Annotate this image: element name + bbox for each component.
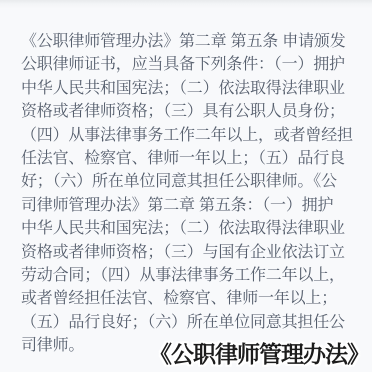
text-line: 好；（六）所在单位同意其担任公职律师。《公 [21,170,359,193]
text-line: 资格或者律师资格；（三）与国有企业依法订立 [21,241,359,264]
text-line: 资格或者律师资格；（三）具有公职人员身份； [21,100,359,123]
text-line: 中华人民共和国宪法；（二）依法取得法律职业 [21,77,359,100]
text-line: 或者曾经担任法官、检察官、律师一年以上； [21,287,359,310]
text-line: 中华人民共和国宪法；（二）依法取得法律职业 [21,217,359,240]
text-line: （四）从事法律事务工作二年以上，或者曾经担 [21,124,359,147]
video-caption-title: 《公职律师管理办法》 [149,336,369,369]
text-line: 公职律师证书，应当具备下列条件：（一）拥护 [21,53,359,76]
text-line: 劳动合同；（四）从事法律事务工作二年以上， [21,264,359,287]
top-edge-fade [0,0,372,9]
article-text: 《公职律师管理办法》第二章 第五条 申请颁发 公职律师证书，应当具备下列条件：（… [21,30,359,357]
text-line: 司律师管理办法》第二章 第五条：（一）拥护 [21,194,359,217]
text-line: 《公职律师管理办法》第二章 第五条 申请颁发 [21,30,359,53]
text-line: 任法官、检察官、律师一年以上；（五）品行良 [21,147,359,170]
text-line: （五）品行良好；（六）所在单位同意其担任公 [21,311,359,334]
